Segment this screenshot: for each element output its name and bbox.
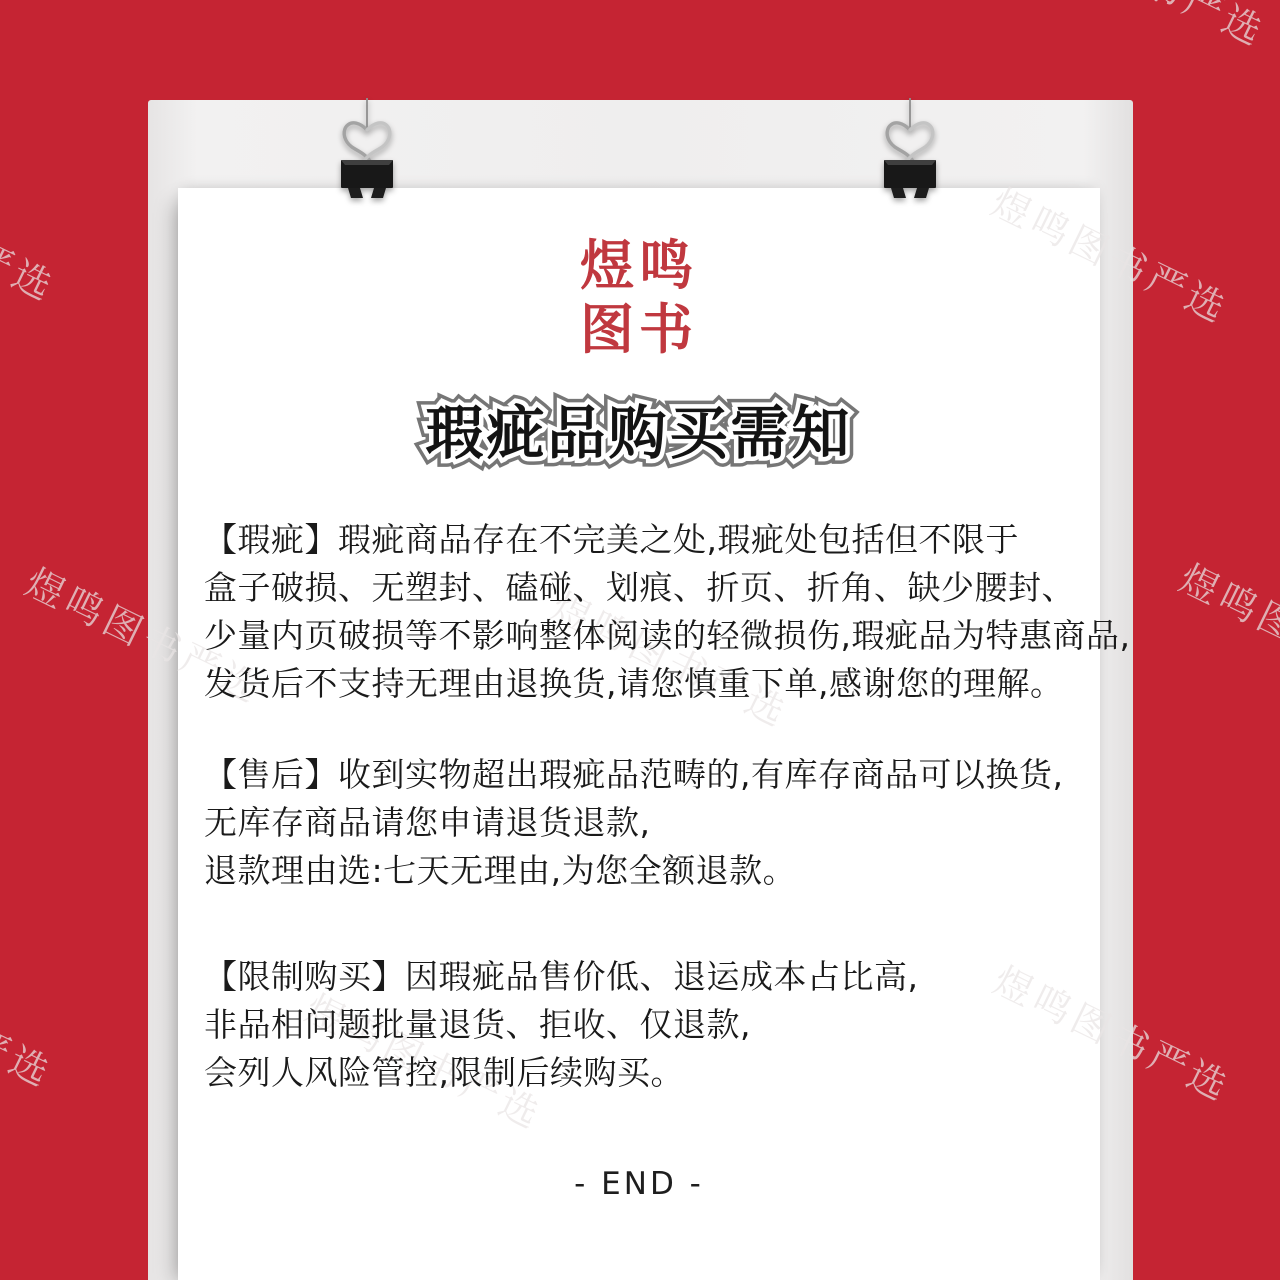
notice-content: 煜鸣 图书 瑕疵品购买需知 瑕疵品购买需知 瑕疵品购买需知 【瑕疵】瑕疵商品存在…	[178, 188, 1100, 1280]
defect-notice-poster: 煜鸣图书严选 煜鸣图书严选 煜鸣图书严选 煜鸣图书严选 煜鸣图书严选 煜鸣图书严…	[0, 0, 1280, 1280]
end-mark: - END -	[178, 1164, 1100, 1204]
notice-line: 【限制购买】因瑕疵品售价低、退运成本占比高,	[204, 953, 1100, 1001]
brand-logo-line2: 图书	[178, 298, 1100, 362]
notice-line: 少量内页破损等不影响整体阅读的轻微损伤,瑕疵品为特惠商品,	[204, 612, 1100, 660]
watermark-text: 煜鸣图书严选	[1021, 0, 1277, 58]
notice-line: 退款理由选:七天无理由,为您全额退款。	[204, 847, 1100, 895]
notice-line: 发货后不支持无理由退换货,请您慎重下单,感谢您的理解。	[204, 660, 1100, 708]
notice-line: 盒子破损、无塑封、磕碰、划痕、折页、折角、缺少腰封、	[204, 564, 1100, 612]
brand-logo: 煜鸣 图书	[178, 234, 1100, 362]
binder-clip-icon	[879, 98, 941, 212]
notice-line: 非品相问题批量退货、拒收、仅退款,	[204, 1001, 1100, 1049]
notice-line: 无库存商品请您申请退货退款,	[204, 799, 1100, 847]
watermark-text: 煜鸣图书严选	[0, 936, 64, 1099]
watermark-text: 煜鸣图书严选	[0, 150, 67, 313]
binder-clip-icon	[336, 98, 398, 212]
notice-line: 会列人风险管控,限制后续购买。	[204, 1049, 1100, 1097]
notice-line: 【瑕疵】瑕疵商品存在不完美之处,瑕疵处包括但不限于	[204, 516, 1100, 564]
brand-logo-line1: 煜鸣	[178, 234, 1100, 298]
section-aftersale: 【售后】收到实物超出瑕疵品范畴的,有库存商品可以换货, 无库存商品请您申请退货退…	[178, 751, 1100, 895]
notice-line: 【售后】收到实物超出瑕疵品范畴的,有库存商品可以换货,	[204, 751, 1100, 799]
page-title-text: 瑕疵品购买需知	[425, 393, 852, 473]
page-title: 瑕疵品购买需知 瑕疵品购买需知 瑕疵品购买需知	[178, 393, 1100, 473]
watermark-text: 煜鸣图书严选	[1172, 548, 1280, 711]
section-defect: 【瑕疵】瑕疵商品存在不完美之处,瑕疵处包括但不限于 盒子破损、无塑封、磕碰、划痕…	[178, 516, 1100, 708]
section-purchase-limit: 【限制购买】因瑕疵品售价低、退运成本占比高, 非品相问题批量退货、拒收、仅退款,…	[178, 953, 1100, 1097]
